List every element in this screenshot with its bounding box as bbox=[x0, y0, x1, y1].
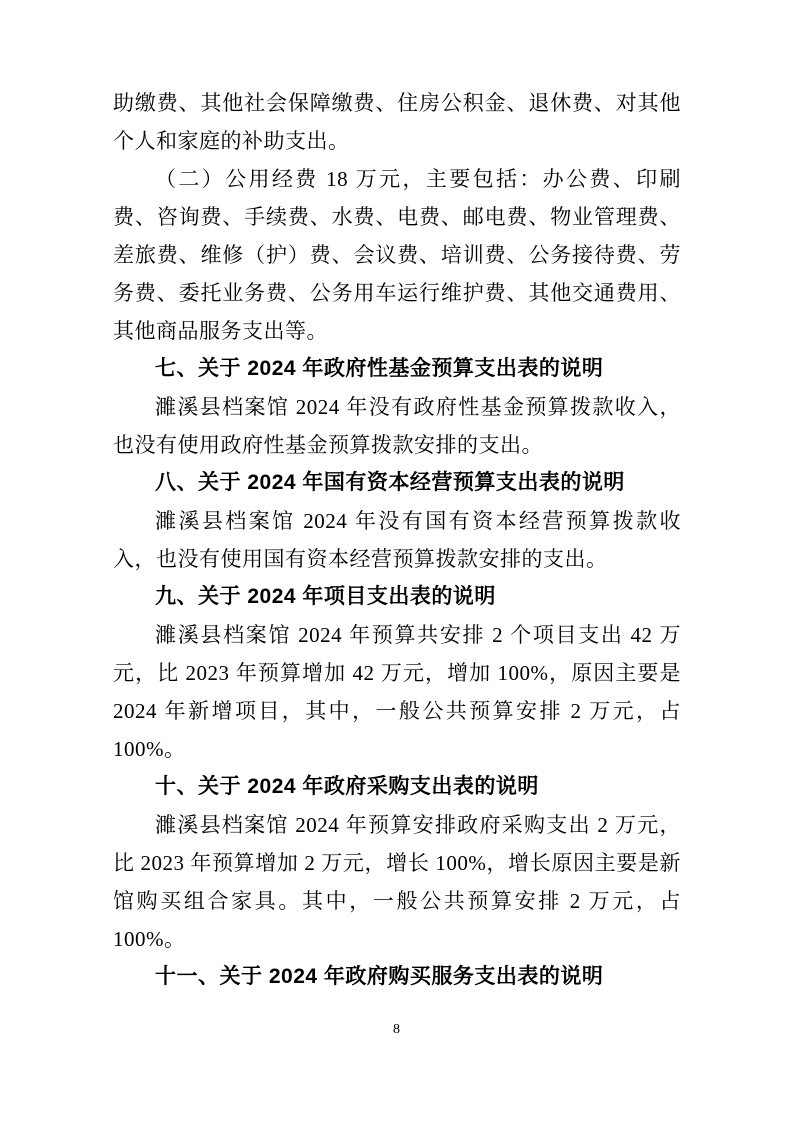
body-paragraph: 助缴费、其他社会保障缴费、住房公积金、退休费、对其他个人和家庭的补助支出。 bbox=[113, 84, 681, 160]
body-paragraph: （二）公用经费 18 万元，主要包括：办公费、印刷费、咨询费、手续费、水费、电费… bbox=[113, 160, 681, 350]
body-paragraph: 濉溪县档案馆 2024 年没有国有资本经营预算拨款收入，也没有使用国有资本经营预… bbox=[113, 502, 681, 578]
page-number: 8 bbox=[0, 1020, 793, 1040]
section-heading: 九、关于 2024 年项目支出表的说明 bbox=[113, 578, 681, 616]
section-heading: 七、关于 2024 年政府性基金预算支出表的说明 bbox=[113, 350, 681, 388]
document-page: 助缴费、其他社会保障缴费、住房公积金、退休费、对其他个人和家庭的补助支出。（二）… bbox=[0, 0, 793, 1122]
body-paragraph: 濉溪县档案馆 2024 年预算共安排 2 个项目支出 42 万元，比 2023 … bbox=[113, 616, 681, 768]
body-paragraph: 濉溪县档案馆 2024 年预算安排政府采购支出 2 万元，比 2023 年预算增… bbox=[113, 806, 681, 958]
document-body: 助缴费、其他社会保障缴费、住房公积金、退休费、对其他个人和家庭的补助支出。（二）… bbox=[113, 84, 681, 996]
section-heading: 八、关于 2024 年国有资本经营预算支出表的说明 bbox=[113, 464, 681, 502]
section-heading: 十、关于 2024 年政府采购支出表的说明 bbox=[113, 768, 681, 806]
section-heading: 十一、关于 2024 年政府购买服务支出表的说明 bbox=[113, 958, 681, 996]
body-paragraph: 濉溪县档案馆 2024 年没有政府性基金预算拨款收入，也没有使用政府性基金预算拨… bbox=[113, 388, 681, 464]
